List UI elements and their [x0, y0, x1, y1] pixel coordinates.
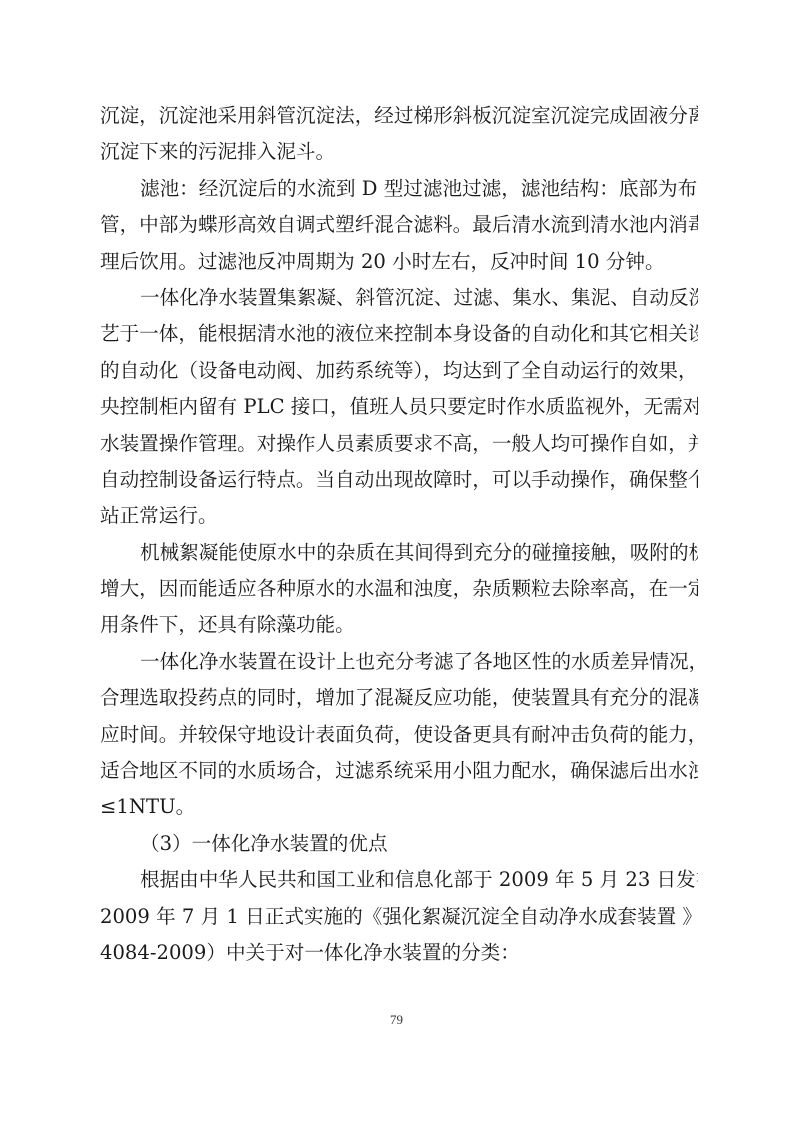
text-line: 央控制柜内留有 PLC 接口，值班人员只要定时作水质监视外，无需对净 [100, 389, 698, 425]
text-line: 水装置操作管理。对操作人员素质要求不高，一般人均可操作自如，并能 [100, 426, 698, 462]
text-line: 机械絮凝能使原水中的杂质在其间得到充分的碰撞接触，吸附的机率 [100, 535, 698, 571]
text-line: 适合地区不同的水质场合，过滤系统采用小阻力配水，确保滤后出水浊度 [100, 753, 698, 789]
text-line: 沉淀下来的污泥排入泥斗。 [100, 134, 698, 170]
paragraph-sedimentation: 沉淀，沉淀池采用斜管沉淀法，经过梯形斜板沉淀室沉淀完成固液分离， 沉淀下来的污泥… [100, 98, 698, 171]
paragraph-integrated-device: 一体化净水装置集絮凝、斜管沉淀、过滤、集水、集泥、自动反洗工 艺于一体，能根据清… [100, 280, 698, 535]
text-line: 滤池：经沉淀后的水流到 D 型过滤池过滤，滤池结构：底部为布水 [100, 171, 698, 207]
text-line: 沉淀，沉淀池采用斜管沉淀法，经过梯形斜板沉淀室沉淀完成固液分离， [100, 98, 698, 134]
text-line: 管，中部为蝶形高效自调式塑纤混合滤料。最后清水流到清水池内消毒处 [100, 207, 698, 243]
text-line: 一体化净水装置集絮凝、斜管沉淀、过滤、集水、集泥、自动反洗工 [100, 280, 698, 316]
document-page: 沉淀，沉淀池采用斜管沉淀法，经过梯形斜板沉淀室沉淀完成固液分离， 沉淀下来的污泥… [0, 0, 793, 1122]
text-line: 用条件下，还具有除藻功能。 [100, 607, 698, 643]
text-line: 站正常运行。 [100, 498, 698, 534]
text-line: 艺于一体，能根据清水池的液位来控制本身设备的自动化和其它相关设备 [100, 316, 698, 352]
text-line: 自动控制设备运行特点。当自动出现故障时，可以手动操作，确保整个水 [100, 462, 698, 498]
text-line: 理后饮用。过滤池反冲周期为 20 小时左右，反冲时间 10 分钟。 [100, 244, 698, 280]
text-line: ≤1NTU。 [100, 789, 698, 825]
paragraph-design-considerations: 一体化净水装置在设计上也充分考滤了各地区性的水质差异情况，在 合理选取投药点的同… [100, 644, 698, 826]
text-line: 4084-2009）中关于对一体化净水装置的分类： [100, 935, 698, 971]
text-line: 2009 年 7 月 1 日正式实施的《强化絮凝沉淀全自动净水成套装置 》（HG… [100, 899, 698, 935]
paragraph-standard-classification: 根据由中华人民共和国工业和信息化部于 2009 年 5 月 23 日发布， 20… [100, 862, 698, 971]
text-line: 合理选取投药点的同时，增加了混凝反应功能，使装置具有充分的混凝反 [100, 680, 698, 716]
text-line: 根据由中华人民共和国工业和信息化部于 2009 年 5 月 23 日发布， [100, 862, 698, 898]
text-line: 增大，因而能适应各种原水的水温和浊度，杂质颗粒去除率高，在一定使 [100, 571, 698, 607]
text-line: 一体化净水装置在设计上也充分考滤了各地区性的水质差异情况，在 [100, 644, 698, 680]
page-body: 沉淀，沉淀池采用斜管沉淀法，经过梯形斜板沉淀室沉淀完成固液分离， 沉淀下来的污泥… [100, 98, 698, 971]
page-number: 79 [0, 1012, 793, 1028]
section-heading-advantages: （3）一体化净水装置的优点 [100, 826, 698, 862]
section-heading: （3）一体化净水装置的优点 [100, 826, 698, 862]
text-line: 的自动化（设备电动阀、加药系统等），均达到了全自动运行的效果，中 [100, 353, 698, 389]
paragraph-mechanical-flocculation: 机械絮凝能使原水中的杂质在其间得到充分的碰撞接触，吸附的机率 增大，因而能适应各… [100, 535, 698, 644]
text-line: 应时间。并较保守地设计表面负荷，使设备更具有耐冲击负荷的能力，更 [100, 717, 698, 753]
paragraph-filter-tank: 滤池：经沉淀后的水流到 D 型过滤池过滤，滤池结构：底部为布水 管，中部为蝶形高… [100, 171, 698, 280]
